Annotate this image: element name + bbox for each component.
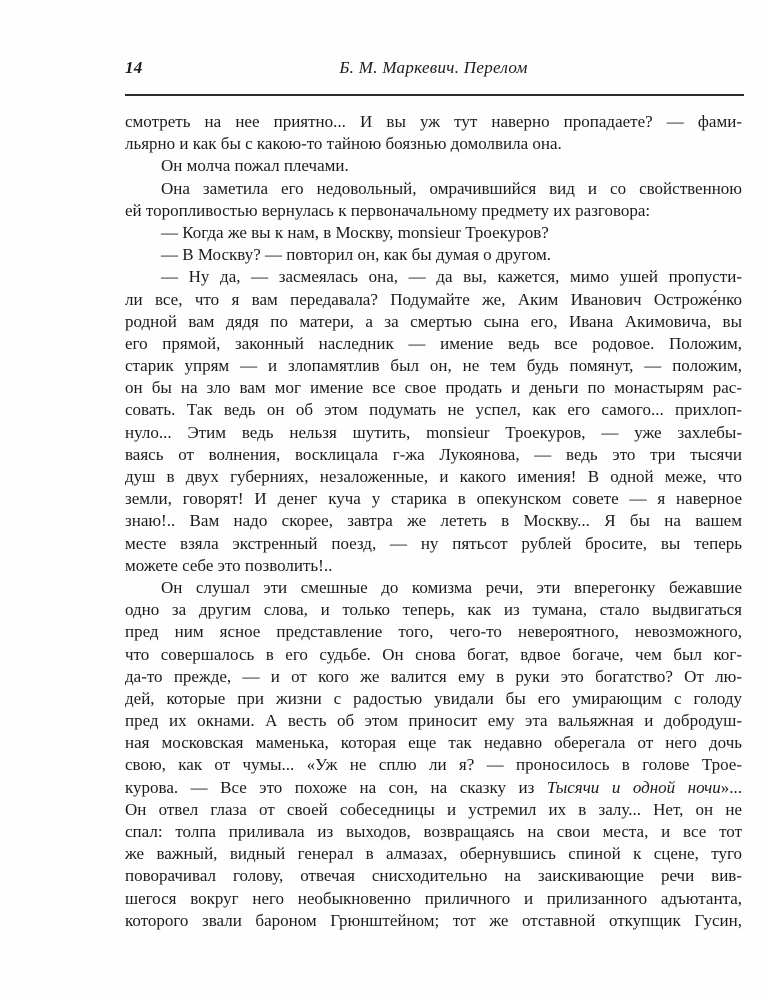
- text-line: ваясь от волнения, восклицала г-жа Лукоя…: [125, 444, 742, 466]
- text-line: ли все, что я вам передавала? Подумайте …: [125, 289, 742, 311]
- paragraph: Он молча пожал плечами.: [125, 155, 742, 177]
- text-line: земли, говорят! И денег куча у старика в…: [125, 488, 742, 510]
- paragraph: Он слушал эти смешные до комизма речи, э…: [125, 577, 742, 932]
- text-line: курова. — Все это похоже на сон, на сказ…: [125, 777, 742, 799]
- paragraph: смотреть на нее приятно... И вы уж тут н…: [125, 111, 742, 155]
- text-line: смотреть на нее приятно... И вы уж тут н…: [125, 111, 742, 133]
- text-line: Он отвел глаза от своей собеседницы и ус…: [125, 799, 742, 821]
- text-line: он бы на зло вам мог имение все свое про…: [125, 377, 742, 399]
- text-line: что совершалось в его судьбе. Он снова б…: [125, 644, 742, 666]
- text-line: знаю!.. Вам надо скорее, завтра же летет…: [125, 510, 742, 532]
- text-line: старик упрям — и злопамятлив был он, не …: [125, 355, 742, 377]
- paragraph: Она заметила его недовольный, омрачивший…: [125, 178, 742, 222]
- text-line: же важный, видный генерал в алмазах, обе…: [125, 843, 742, 865]
- page-header: 14 Б. М. Маркевич. Перелом: [125, 58, 742, 78]
- text-line: — Ну да, — засмеялась она, — да вы, каже…: [125, 266, 742, 288]
- text-line: месте взяла экстренный поезд, — ну пятьс…: [125, 533, 742, 555]
- text-line: шегося вокруг него необыкновенно приличн…: [125, 888, 742, 910]
- text-line: дей, которые при жизни с радостью увидал…: [125, 688, 742, 710]
- text-line: можете себе это позволить!..: [125, 555, 742, 577]
- text-line: ная московская маменька, которая еще так…: [125, 732, 742, 754]
- text-block: смотреть на нее приятно... И вы уж тут н…: [125, 111, 742, 932]
- text-line: пред их окнами. А весть об этом приносит…: [125, 710, 742, 732]
- text-line: свою, как от чумы... «Уж не сплю ли я? —…: [125, 754, 742, 776]
- book-page: 14 Б. М. Маркевич. Перелом смотреть на н…: [0, 0, 767, 1000]
- text-line: родной вам дядя по матери, а за смертью …: [125, 311, 742, 333]
- text-line: одно за другим слова, и только теперь, к…: [125, 599, 742, 621]
- text-line: — Когда же вы к нам, в Москву, monsieur …: [125, 222, 742, 244]
- text-line: Он молча пожал плечами.: [125, 155, 742, 177]
- text-line: которого звали бароном Грюнштейном; тот …: [125, 910, 742, 932]
- text-line: Он слушал эти смешные до комизма речи, э…: [125, 577, 742, 599]
- text-line: нуло... Этим ведь нельзя шутить, monsieu…: [125, 422, 742, 444]
- text-line: ей торопливостью вернулась к первоначаль…: [125, 200, 742, 222]
- text-line: пред ним ясное представление того, чего-…: [125, 621, 742, 643]
- text-line: да-то прежде, — и от кого же валится ему…: [125, 666, 742, 688]
- text-line: душ в двух губерниях, незаложенные, и ка…: [125, 466, 742, 488]
- header-rule: [125, 94, 744, 96]
- text-line: Она заметила его недовольный, омрачивший…: [125, 178, 742, 200]
- paragraph: — В Москву? — повторил он, как бы думая …: [125, 244, 742, 266]
- running-title: Б. М. Маркевич. Перелом: [339, 58, 527, 78]
- page-number: 14: [125, 58, 143, 78]
- paragraph: — Ну да, — засмеялась она, — да вы, каже…: [125, 266, 742, 577]
- italic-run: Тысячи и одной ночи: [547, 778, 721, 797]
- text-line: поворачивал голову, отвечая снисходитель…: [125, 865, 742, 887]
- paragraph: — Когда же вы к нам, в Москву, monsieur …: [125, 222, 742, 244]
- text-line: спал: толпа приливала из выходов, возвра…: [125, 821, 742, 843]
- text-line: его прямой, законный наследник — имение …: [125, 333, 742, 355]
- text-line: совать. Так ведь он об этом подумать не …: [125, 399, 742, 421]
- text-line: льярно и как бы с какою-то тайною боязнь…: [125, 133, 742, 155]
- text-line: — В Москву? — повторил он, как бы думая …: [125, 244, 742, 266]
